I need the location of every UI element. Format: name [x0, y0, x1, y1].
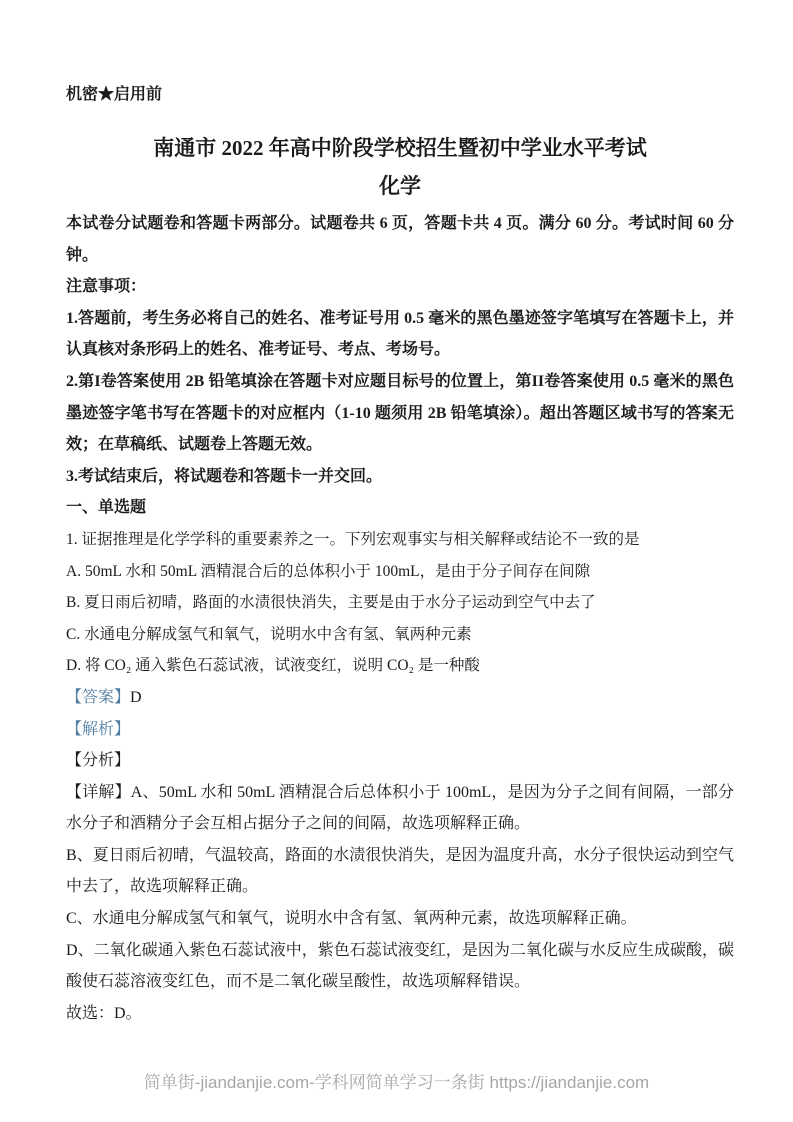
- conclusion-text: 故选：D。: [66, 998, 734, 1030]
- exam-subject: 化学: [66, 170, 734, 202]
- secrecy-label: 机密★启用前: [66, 84, 734, 106]
- answer-block: 【答案】D 【解析】 【分析】 【详解】A、50mL 水和 50mL 酒精混合后…: [66, 682, 734, 1030]
- explanation-label: 【解析】: [66, 714, 734, 746]
- analysis-label: 【分析】: [66, 745, 734, 777]
- question-option-a: A. 50mL 水和 50mL 酒精混合后的总体积小于 100mL，是由于分子间…: [66, 556, 734, 588]
- answer-value: D: [130, 689, 142, 706]
- detail-paragraph-d: D、二氧化碳通入紫色石蕊试液中，紫色石蕊试液变红，是因为二氧化碳与水反应生成碳酸…: [66, 935, 734, 998]
- notice-item-2: 2.第I卷答案使用 2B 铅笔填涂在答题卡对应题目标号的位置上，第II卷答案使用…: [66, 366, 734, 461]
- exam-title: 南通市 2022 年高中阶段学校招生暨初中学业水平考试: [66, 132, 734, 164]
- detail-text-a: A、50mL 水和 50mL 酒精混合后总体积小于 100mL，是因为分子之间有…: [66, 784, 734, 833]
- exam-instructions: 本试卷分试题卷和答题卡两部分。试题卷共 6 页，答题卡共 4 页。满分 60 分…: [66, 208, 734, 492]
- page-footer: 简单街-jiandanjie.com-学科网简单学习一条街 https://ji…: [0, 1072, 793, 1094]
- question-option-b: B. 夏日雨后初晴，路面的水渍很快消失，主要是由于水分子运动到空气中去了: [66, 587, 734, 619]
- section-heading: 一、单选题: [66, 492, 734, 524]
- detail-paragraph-c: C、水通电分解成氢气和氧气，说明水中含有氢、氧两种元素，故选项解释正确。: [66, 903, 734, 935]
- question-option-c: C. 水通电分解成氢气和氧气，说明水中含有氢、氧两种元素: [66, 619, 734, 651]
- exam-info: 本试卷分试题卷和答题卡两部分。试题卷共 6 页，答题卡共 4 页。满分 60 分…: [66, 208, 734, 271]
- detail-paragraph-b: B、夏日雨后初晴，气温较高，路面的水渍很快消失，是因为温度升高，水分子很快运动到…: [66, 840, 734, 903]
- document-content: 机密★启用前 南通市 2022 年高中阶段学校招生暨初中学业水平考试 化学 本试…: [66, 84, 734, 1029]
- answer-label: 【答案】: [66, 689, 130, 706]
- answer-line: 【答案】D: [66, 682, 734, 714]
- notice-item-1: 1.答题前，考生务必将自己的姓名、准考证号用 0.5 毫米的黑色墨迹签字笔填写在…: [66, 303, 734, 366]
- detail-label: 【详解】: [66, 784, 131, 801]
- question-block: 1. 证据推理是化学学科的重要素养之一。下列宏观事实与相关解释或结论不一致的是 …: [66, 524, 734, 682]
- exam-document-page: { "document": { "secrecy_label": "机密★启用前…: [0, 0, 793, 1122]
- notice-item-3: 3.考试结束后，将试题卷和答题卡一并交回。: [66, 461, 734, 493]
- question-stem: 1. 证据推理是化学学科的重要素养之一。下列宏观事实与相关解释或结论不一致的是: [66, 524, 734, 556]
- detail-paragraph-a: 【详解】A、50mL 水和 50mL 酒精混合后总体积小于 100mL，是因为分…: [66, 777, 734, 840]
- question-option-d: D. 将 CO₂ 通入紫色石蕊试液，试液变红，说明 CO₂ 是一种酸: [66, 650, 734, 682]
- notice-heading: 注意事项：: [66, 271, 734, 303]
